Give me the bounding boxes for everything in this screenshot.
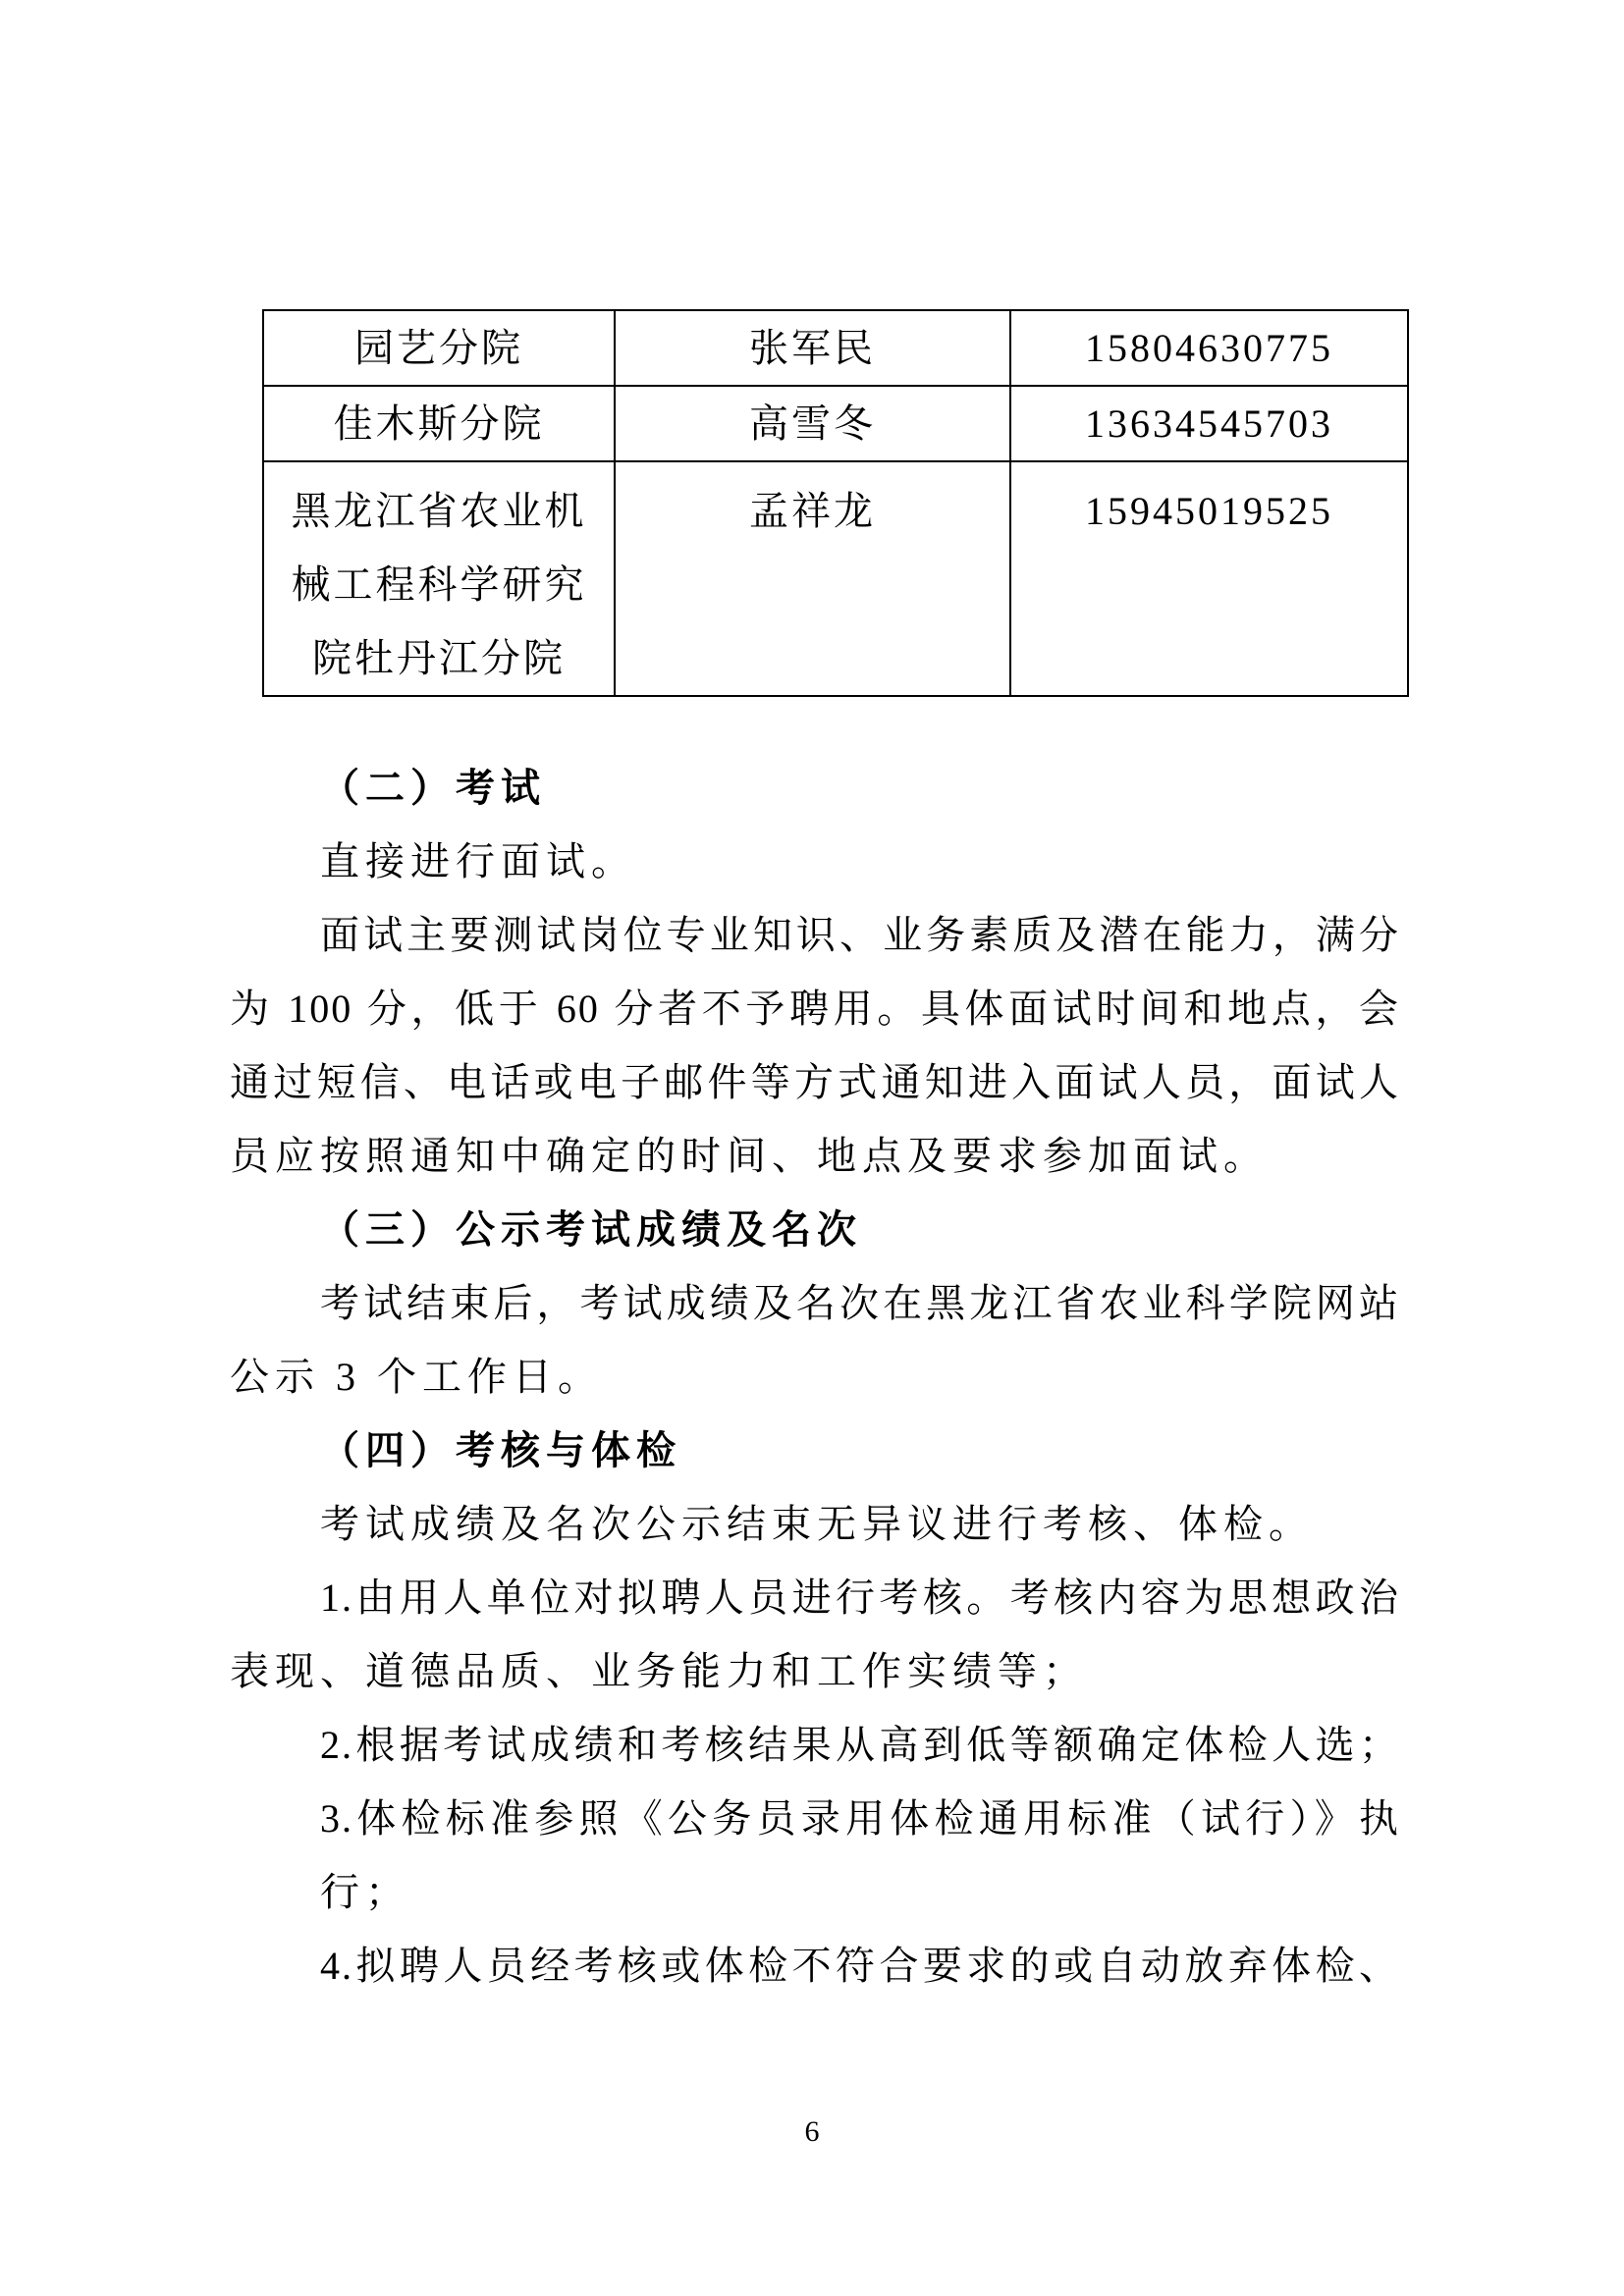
document-body: （二）考试 直接进行面试。 面试主要测试岗位专业知识、业务素质及潜在能力，满分 …: [230, 751, 1400, 2002]
list-item-2: 2.根据考试成绩和考核结果从高到低等额确定体检人选；: [230, 1708, 1400, 1782]
table-row: 园艺分院 张军民 15804630775: [263, 310, 1408, 386]
body-line: 公示 3 个工作日。: [230, 1340, 1400, 1414]
body-line: 通过短信、电话或电子邮件等方式通知进入面试人员，面试人: [230, 1045, 1400, 1119]
body-line: 员应按照通知中确定的时间、地点及要求参加面试。: [230, 1119, 1400, 1193]
body-line: 考试成绩及名次公示结束无异议进行考核、体检。: [230, 1487, 1400, 1561]
phone-cell: 13634545703: [1010, 386, 1408, 461]
body-line: 直接进行面试。: [230, 825, 1400, 898]
list-item-3: 3.体检标准参照《公务员录用体检通用标准（试行）》执: [230, 1782, 1400, 1855]
unit-cell: 佳木斯分院: [263, 386, 615, 461]
section-heading-2: （二）考试: [230, 751, 1400, 825]
body-line: 表现、道德品质、业务能力和工作实绩等；: [230, 1634, 1400, 1708]
contact-name-cell: 孟祥龙: [615, 461, 1010, 696]
table-row: 黑龙江省农业机械工程科学研究院牡丹江分院 孟祥龙 15945019525: [263, 461, 1408, 696]
page-number: 6: [0, 2112, 1624, 2152]
section-heading-4: （四）考核与体检: [230, 1414, 1400, 1487]
table-row: 佳木斯分院 高雪冬 13634545703: [263, 386, 1408, 461]
body-line: 考试结束后，考试成绩及名次在黑龙江省农业科学院网站: [230, 1266, 1400, 1340]
phone-cell: 15945019525: [1010, 461, 1408, 696]
phone-cell: 15804630775: [1010, 310, 1408, 386]
list-item-1: 1.由用人单位对拟聘人员进行考核。考核内容为思想政治: [230, 1561, 1400, 1634]
body-line: 为 100 分，低于 60 分者不予聘用。具体面试时间和地点，会: [230, 972, 1400, 1045]
contact-table: 园艺分院 张军民 15804630775 佳木斯分院 高雪冬 136345457…: [262, 309, 1409, 697]
document-page: 园艺分院 张军民 15804630775 佳木斯分院 高雪冬 136345457…: [0, 0, 1624, 2296]
section-heading-3: （三）公示考试成绩及名次: [230, 1193, 1400, 1266]
contact-name-cell: 高雪冬: [615, 386, 1010, 461]
body-line: 行；: [230, 1855, 1400, 1929]
unit-cell: 园艺分院: [263, 310, 615, 386]
unit-cell: 黑龙江省农业机械工程科学研究院牡丹江分院: [263, 461, 615, 696]
contact-name-cell: 张军民: [615, 310, 1010, 386]
list-item-4: 4.拟聘人员经考核或体检不符合要求的或自动放弃体检、: [230, 1929, 1400, 2002]
body-line: 面试主要测试岗位专业知识、业务素质及潜在能力，满分: [230, 898, 1400, 972]
